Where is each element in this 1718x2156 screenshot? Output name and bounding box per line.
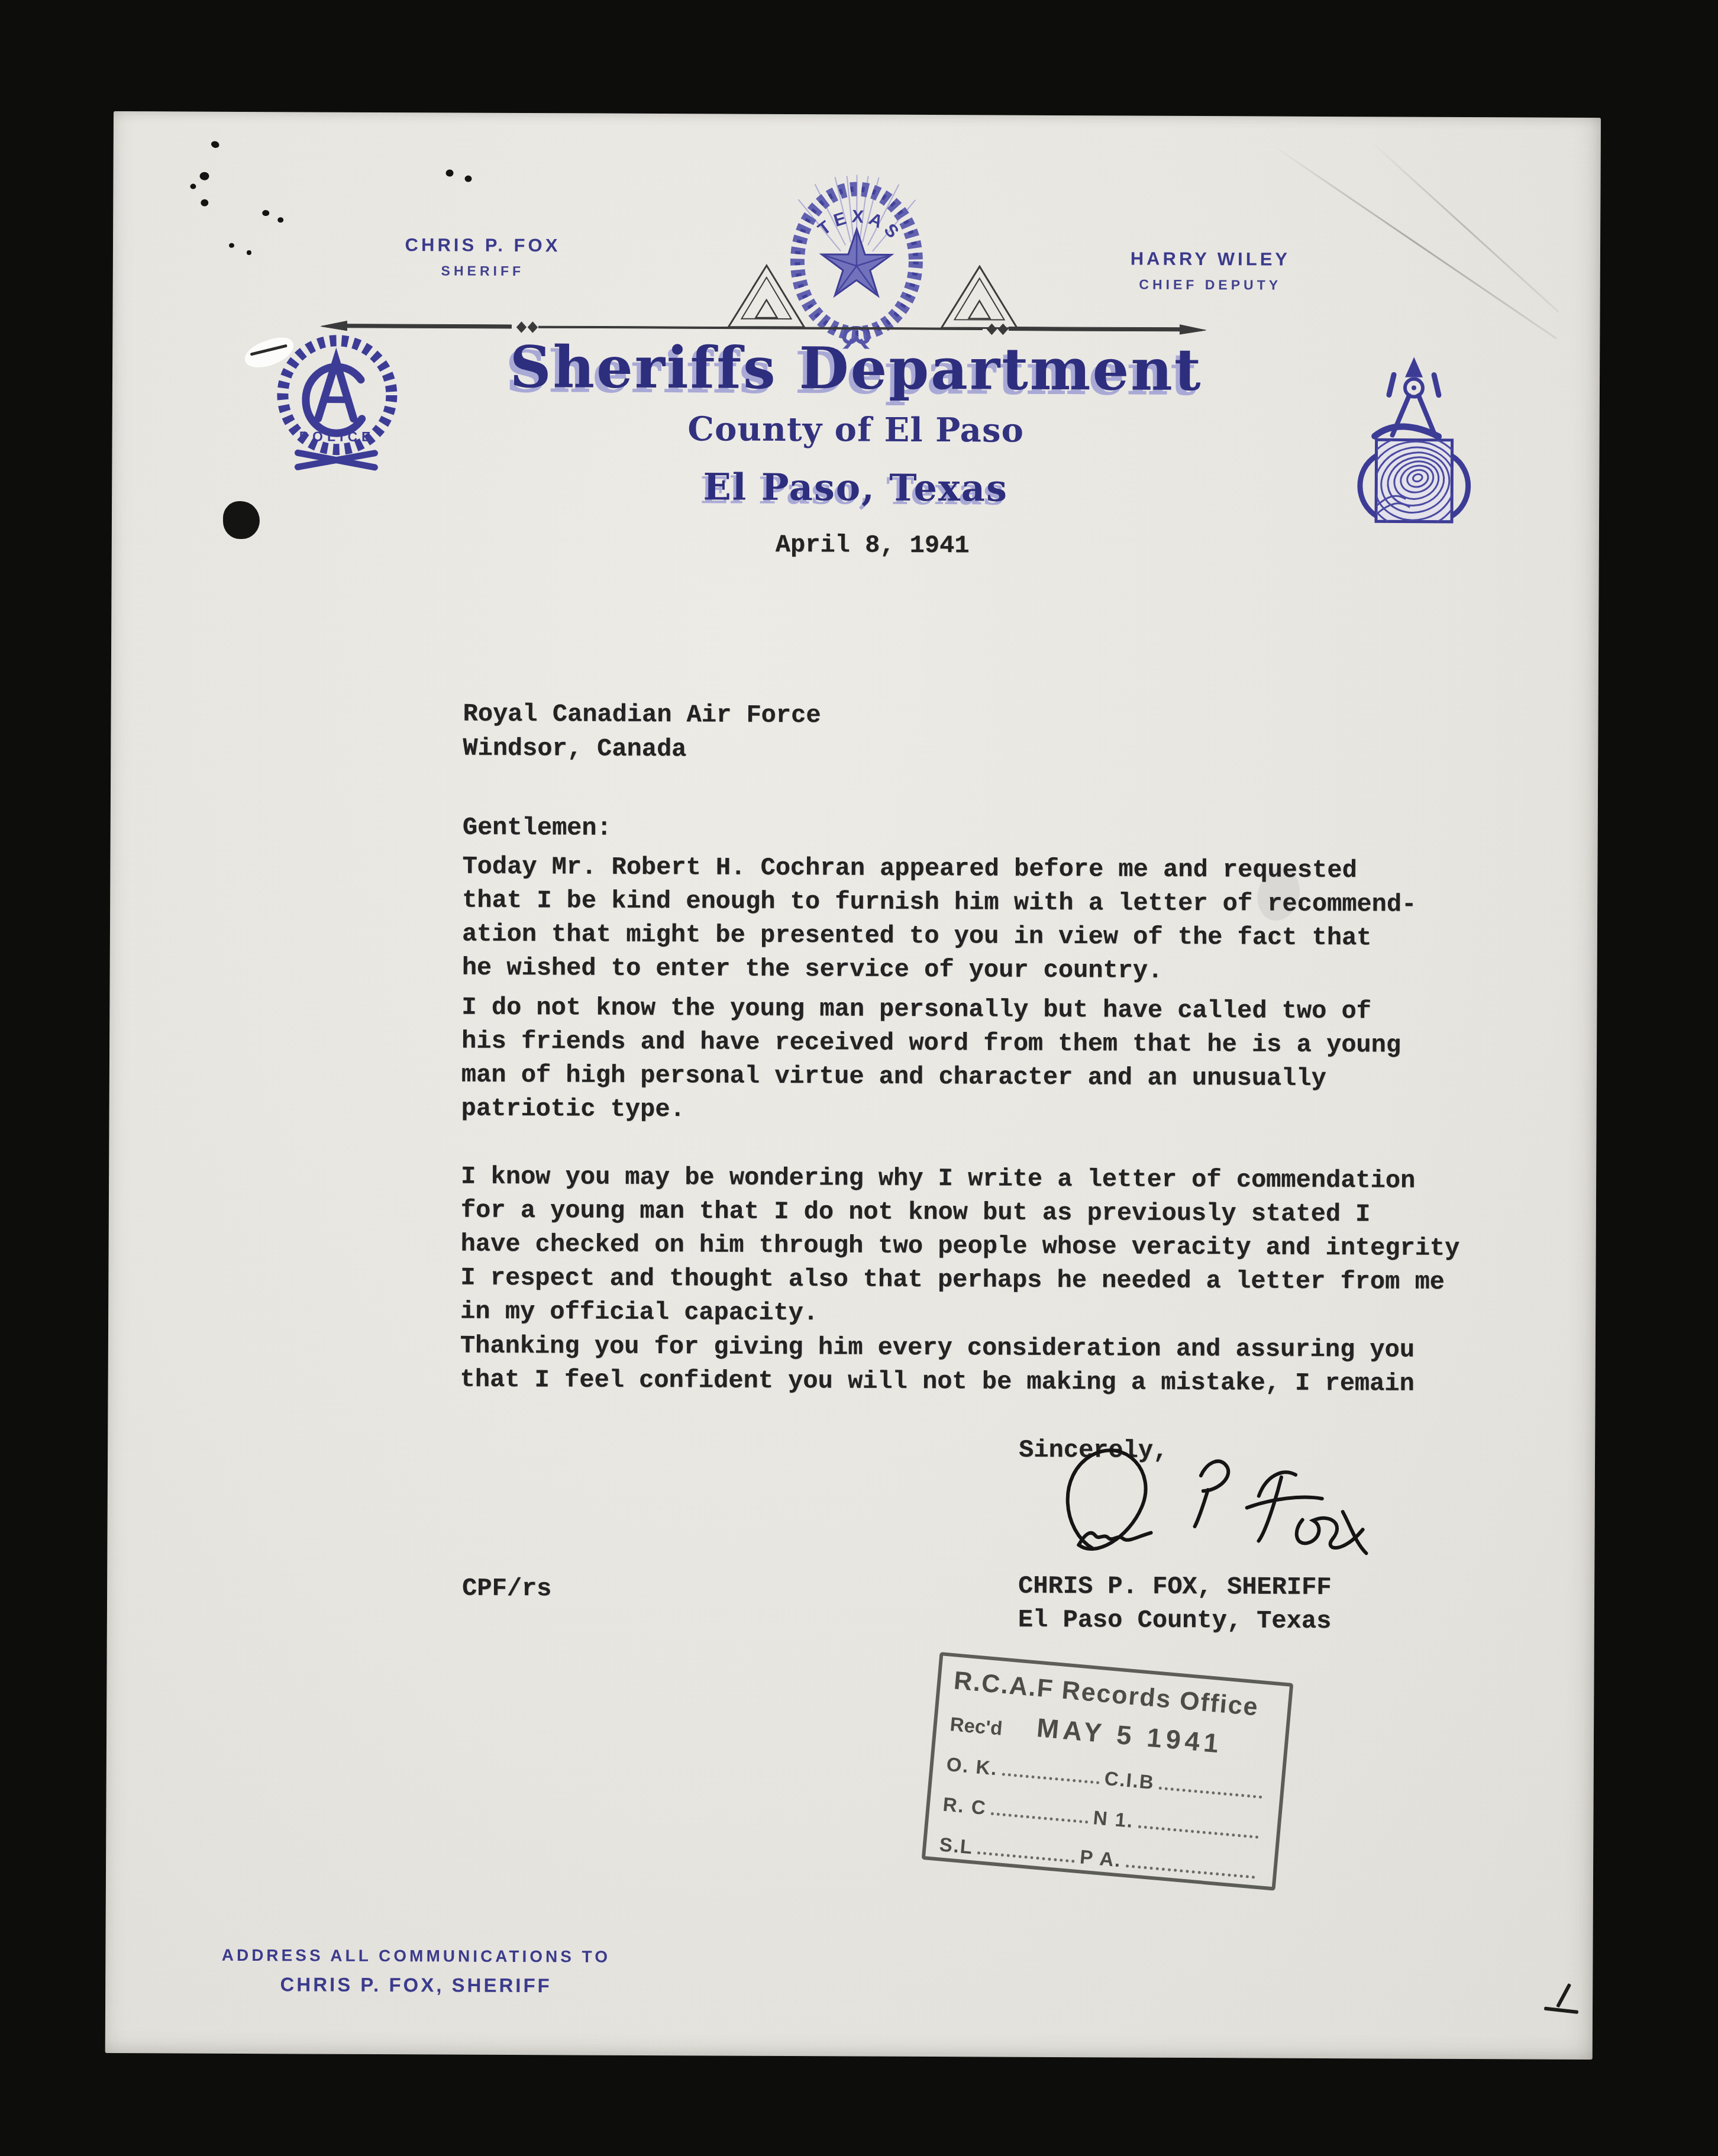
corner-crease (1370, 141, 1559, 313)
stamp-recd-date: MAY 5 1941 (1035, 1712, 1224, 1760)
stamp-n1-label: N 1. (1092, 1806, 1135, 1832)
pin-speck (446, 169, 454, 176)
dotted-leader (1159, 1787, 1262, 1799)
pin-speck (199, 172, 209, 180)
stamp-recd-label: Rec'd (949, 1713, 1003, 1740)
recipient-line2: Windsor, Canada (463, 732, 686, 767)
letterhead-left-official: CHRIS P. FOX SHERIFF (367, 234, 598, 280)
deputy-name: HARRY WILEY (1095, 248, 1326, 270)
pin-speck (210, 140, 220, 149)
pin-speck (464, 176, 472, 182)
stamp-ok-label: O. K. (945, 1753, 999, 1780)
footer-line1: ADDRESS ALL COMMUNICATIONS TO (203, 1946, 629, 1967)
pin-speck (190, 184, 196, 189)
date-line: April 8, 1941 (776, 528, 970, 563)
body-paragraph-3: I know you may be wondering why I write … (460, 1160, 1502, 1334)
stamp-rc-label: R. C (942, 1793, 987, 1819)
scanned-letter-page: CHRIS P. FOX SHERIFF HARRY WILEY CHIEF D… (0, 0, 1718, 2156)
body-paragraph-2: I do not know the young man personally b… (461, 991, 1503, 1131)
dotted-leader (977, 1851, 1075, 1863)
corner-crease (1273, 145, 1557, 340)
pin-speck (277, 217, 283, 222)
footer-address-note: ADDRESS ALL COMMUNICATIONS TO CHRIS P. F… (203, 1946, 629, 1997)
signature (1023, 1441, 1390, 1582)
dotted-leader (991, 1812, 1089, 1824)
left-triangle-ornament-icon (725, 263, 808, 330)
sheriff-title: SHERIFF (367, 263, 598, 280)
right-triangle-ornament-icon (938, 264, 1021, 331)
sheriff-name: CHRIS P. FOX (367, 234, 598, 257)
department-title: Sheriffs Department (112, 331, 1600, 405)
stamp-cib-label: C.I.B (1103, 1767, 1155, 1794)
pin-speck (201, 199, 208, 206)
pen-mark (1556, 1983, 1571, 2008)
punch-hole (223, 501, 260, 539)
letter-paper: CHRIS P. FOX SHERIFF HARRY WILEY CHIEF D… (105, 111, 1601, 2060)
pin-speck (262, 210, 269, 216)
dotted-leader (1002, 1773, 1100, 1784)
stamp-sl-label: S.L (938, 1833, 974, 1858)
signed-org: El Paso County, Texas (1018, 1603, 1332, 1638)
dotted-leader (1126, 1864, 1255, 1879)
dotted-leader (1138, 1825, 1258, 1839)
signed-name: CHRIS P. FOX, SHERIFF (1018, 1570, 1332, 1605)
county-line: County of El Paso (112, 407, 1600, 453)
letterhead-right-official: HARRY WILEY CHIEF DEPUTY (1095, 248, 1326, 293)
stamp-pa-label: P A. (1079, 1845, 1122, 1871)
body-paragraph-4: Thanking you for giving him every consid… (460, 1329, 1501, 1402)
rcaf-records-stamp: R.C.A.F Records Office Rec'd MAY 5 1941 … (922, 1652, 1294, 1890)
deputy-title: CHIEF DEPUTY (1095, 276, 1326, 293)
salutation: Gentlemen: (463, 811, 612, 845)
typist-initials: CPF/rs (462, 1572, 551, 1606)
pin-speck (229, 243, 234, 248)
recipient-line1: Royal Canadian Air Force (463, 698, 821, 733)
pin-speck (247, 250, 251, 255)
pen-mark (1544, 2007, 1578, 2014)
footer-line2: CHRIS P. FOX, SHERIFF (203, 1973, 629, 1997)
body-paragraph-1: Today Mr. Robert H. Cochran appeared bef… (462, 850, 1504, 990)
city-line: El Paso, Texas (112, 463, 1599, 512)
